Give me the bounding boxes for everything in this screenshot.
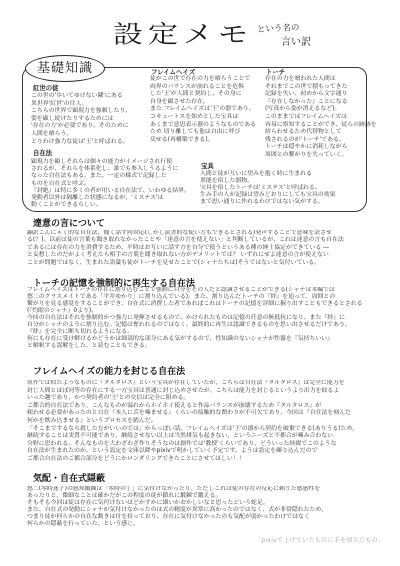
flamehaze-heading: フレイムヘイズ bbox=[151, 69, 195, 76]
guze-heading: 紅世の徒 bbox=[33, 85, 59, 92]
section-text-torch-memory: フレイムヘイズはトーチの存在に割り込むことで強制に自分をその人だと認識させること… bbox=[27, 287, 392, 350]
torch-heading: トーチ bbox=[266, 69, 285, 76]
jizaihou-text: 顕現力を顕しそれらは個々の能力がイメージされ行使 されるが、それらを体系化し、誰… bbox=[31, 159, 190, 209]
section-text-tatsui: 翻訳こんにゃく的な自在法。聞く話す両対応(しかし読書的な使い方もできるとされる)… bbox=[27, 230, 392, 267]
section-heading-tatsui: 達意の言について bbox=[33, 219, 105, 229]
guze-text: この世の'歩いてゆけない隣'にある 異世界'紅世'の住人。 こちらの世界で顕現力… bbox=[31, 93, 131, 146]
page-title: 設定メモ bbox=[113, 14, 253, 50]
flamehaze-text: 徒がこの世で存在の力を喰らうことで 両界のバランスが崩れることを危惧 した'王'… bbox=[150, 76, 256, 144]
basic-knowledge-label: 基礎知識 bbox=[25, 55, 105, 82]
hougu-text: 人間と徒が互いに望みを抱く時に生まれる 異能を宿した器物。 宝具を宿したトーチは… bbox=[200, 171, 335, 206]
section-text-concealment: 悠二(零時迷子)の感知鍛錬は「零時の丁」に気付けなかったり、ただしこれは徒の存在… bbox=[27, 486, 392, 528]
section-text-seal-flamehaze: 原作では似たようなものに『タルタロス』という宝具が存在していたが、こちらは自在法… bbox=[27, 380, 392, 464]
section-heading-concealment: 気配・自在式隠蔽 bbox=[33, 474, 105, 484]
handwritten-footnote: 「pixivで上げていたものに手を加えたもの」 bbox=[255, 535, 384, 544]
jizaihou-heading: 自在法 bbox=[33, 150, 52, 157]
torch-text: 存在の力を喰われた人間は それまでこの世で積もってきた 記録を失い、初めから文字… bbox=[265, 76, 377, 160]
section-heading-seal-flamehaze: フレイムヘイズの能力を封じる自在法 bbox=[33, 367, 185, 377]
hougu-heading: 宝具 bbox=[201, 163, 214, 170]
page-subtitle-line2: 言い訳 bbox=[281, 33, 311, 48]
